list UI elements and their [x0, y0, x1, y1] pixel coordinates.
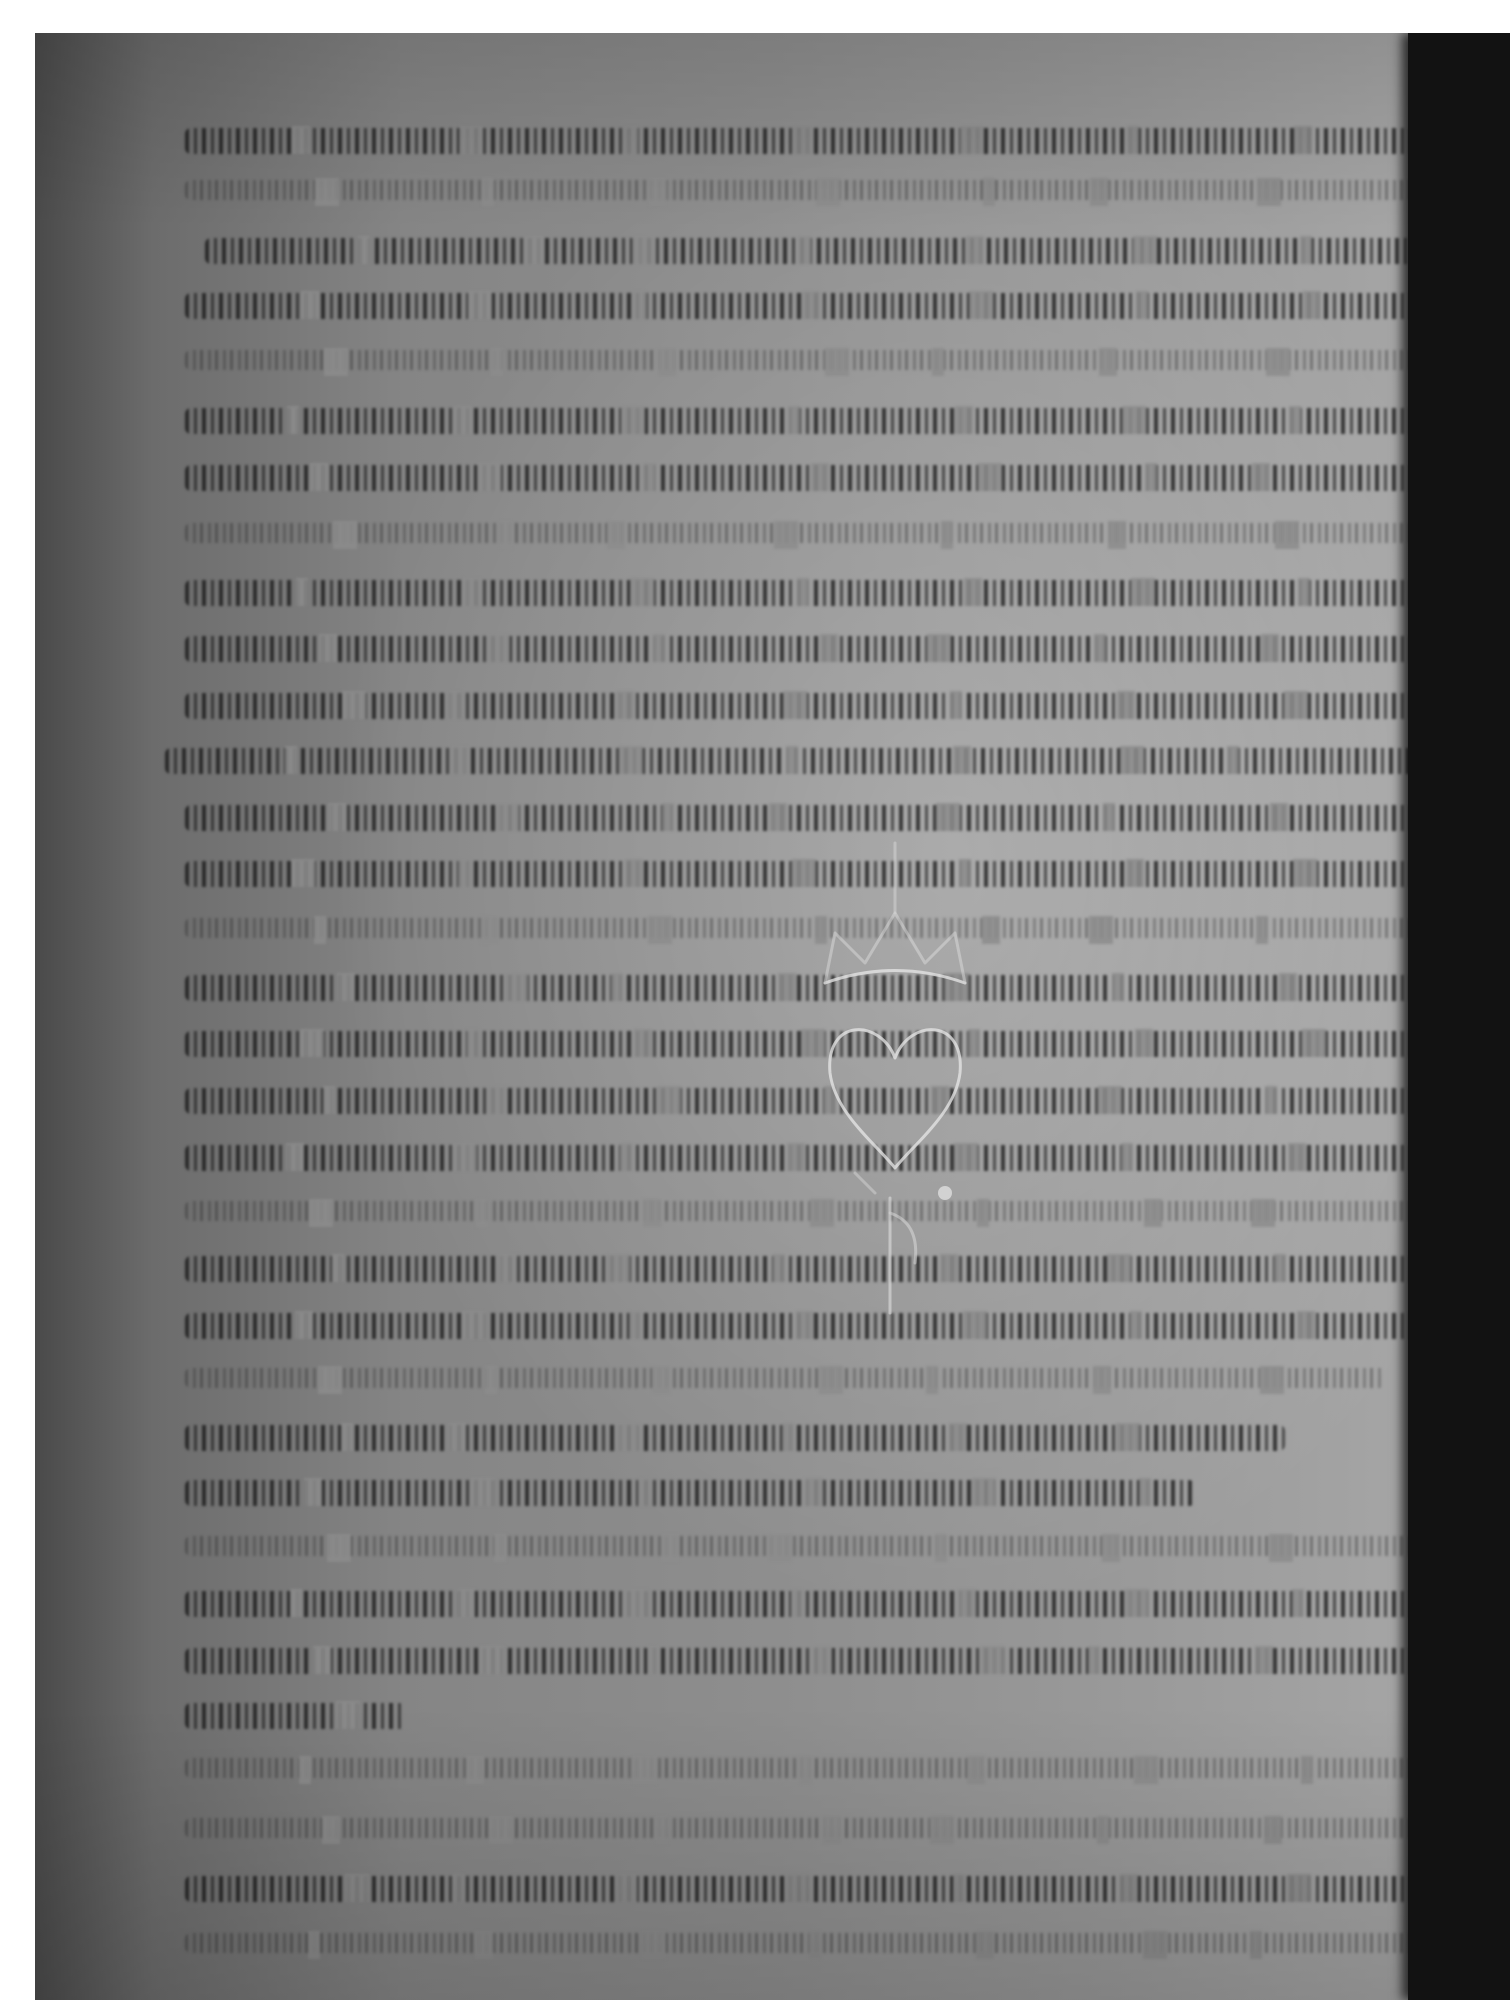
handwritten-line: [185, 1648, 1443, 1674]
handwritten-line: [185, 1368, 1385, 1388]
handwritten-line: [165, 748, 1443, 774]
handwritten-line: [185, 1703, 405, 1729]
handwritten-line: [185, 408, 1443, 434]
handwritten-line: [185, 636, 1443, 662]
handwritten-line: [185, 465, 1443, 491]
handwritten-line: [185, 1876, 1443, 1902]
handwritten-line: [185, 180, 1443, 200]
dark-background-strip: [1408, 33, 1510, 2000]
handwritten-line: [185, 1818, 1443, 1838]
handwritten-line: [185, 523, 1443, 543]
handwritten-line: [185, 1591, 1443, 1617]
handwritten-line: [185, 1933, 1443, 1953]
handwritten-line: [205, 238, 1443, 264]
manuscript-photo: [35, 33, 1510, 2000]
handwritten-line: [185, 1536, 1443, 1556]
handwritten-line: [185, 128, 1443, 154]
handwritten-line: [185, 1758, 1443, 1778]
handwritten-line: [185, 1425, 1285, 1451]
crown-heart-watermark: [795, 813, 995, 1333]
handwritten-line: [185, 693, 1443, 719]
handwritten-line: [185, 293, 1443, 319]
image-caption: Manuscript leaf (illegible handwritten s…: [0, 0, 1, 1]
handwritten-line: [185, 1480, 1195, 1506]
handwritten-line: [185, 580, 1443, 606]
handwritten-line: [185, 350, 1443, 370]
